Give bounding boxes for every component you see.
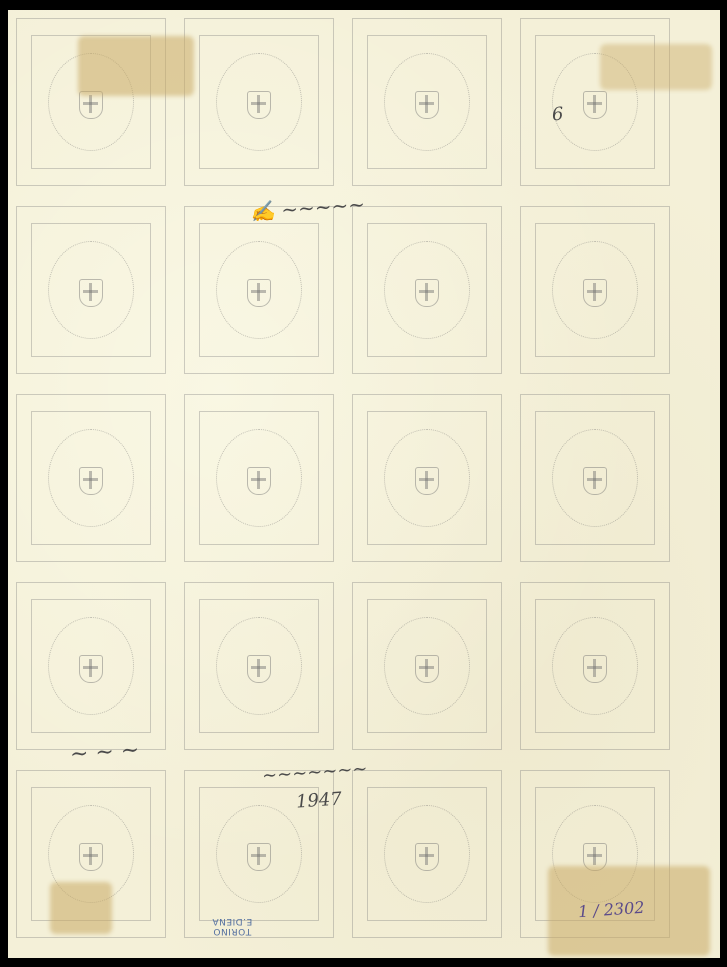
stamp-impression xyxy=(352,394,502,562)
stamp-impression xyxy=(16,206,166,374)
hinge-remnant-top-left xyxy=(78,36,194,96)
savoy-cross-icon xyxy=(247,91,271,119)
savoy-cross-icon xyxy=(79,843,103,871)
savoy-cross-icon xyxy=(247,467,271,495)
savoy-cross-icon xyxy=(415,91,439,119)
expert-handstamp-line2: E.DIENA xyxy=(212,916,252,926)
stamp-impression xyxy=(520,582,670,750)
stamp-impression xyxy=(352,18,502,186)
savoy-cross-icon xyxy=(247,279,271,307)
savoy-cross-icon xyxy=(583,91,607,119)
stamp-impression xyxy=(520,394,670,562)
stamp-sheet-back xyxy=(8,10,720,958)
savoy-cross-icon xyxy=(583,279,607,307)
stamp-impression xyxy=(184,206,334,374)
expert-handstamp-line1: TORINO xyxy=(212,926,252,936)
stamp-impression xyxy=(184,582,334,750)
hinge-remnant-bottom-left xyxy=(50,882,112,934)
savoy-cross-icon xyxy=(583,467,607,495)
stamp-impression xyxy=(184,394,334,562)
savoy-cross-icon xyxy=(79,655,103,683)
savoy-cross-icon xyxy=(415,655,439,683)
numeral-top-right: 6 xyxy=(551,104,564,126)
savoy-cross-icon xyxy=(79,467,103,495)
stamp-impression xyxy=(520,206,670,374)
savoy-cross-icon xyxy=(415,843,439,871)
signature-year: 1947 xyxy=(295,788,342,812)
savoy-cross-icon xyxy=(415,467,439,495)
stamp-impression xyxy=(352,206,502,374)
stamp-impression xyxy=(16,394,166,562)
savoy-cross-icon xyxy=(79,279,103,307)
savoy-cross-icon xyxy=(415,279,439,307)
savoy-cross-icon xyxy=(247,655,271,683)
stamp-impression xyxy=(352,582,502,750)
initials-lower-left: ~ ~ ~ xyxy=(69,738,140,768)
stamp-impression xyxy=(352,770,502,938)
savoy-cross-icon xyxy=(247,843,271,871)
stamp-impression xyxy=(16,582,166,750)
hinge-remnant-top-right xyxy=(600,44,712,90)
savoy-cross-icon xyxy=(583,655,607,683)
expert-handstamp: TORINO E.DIENA xyxy=(212,916,252,936)
stamp-impression xyxy=(184,18,334,186)
